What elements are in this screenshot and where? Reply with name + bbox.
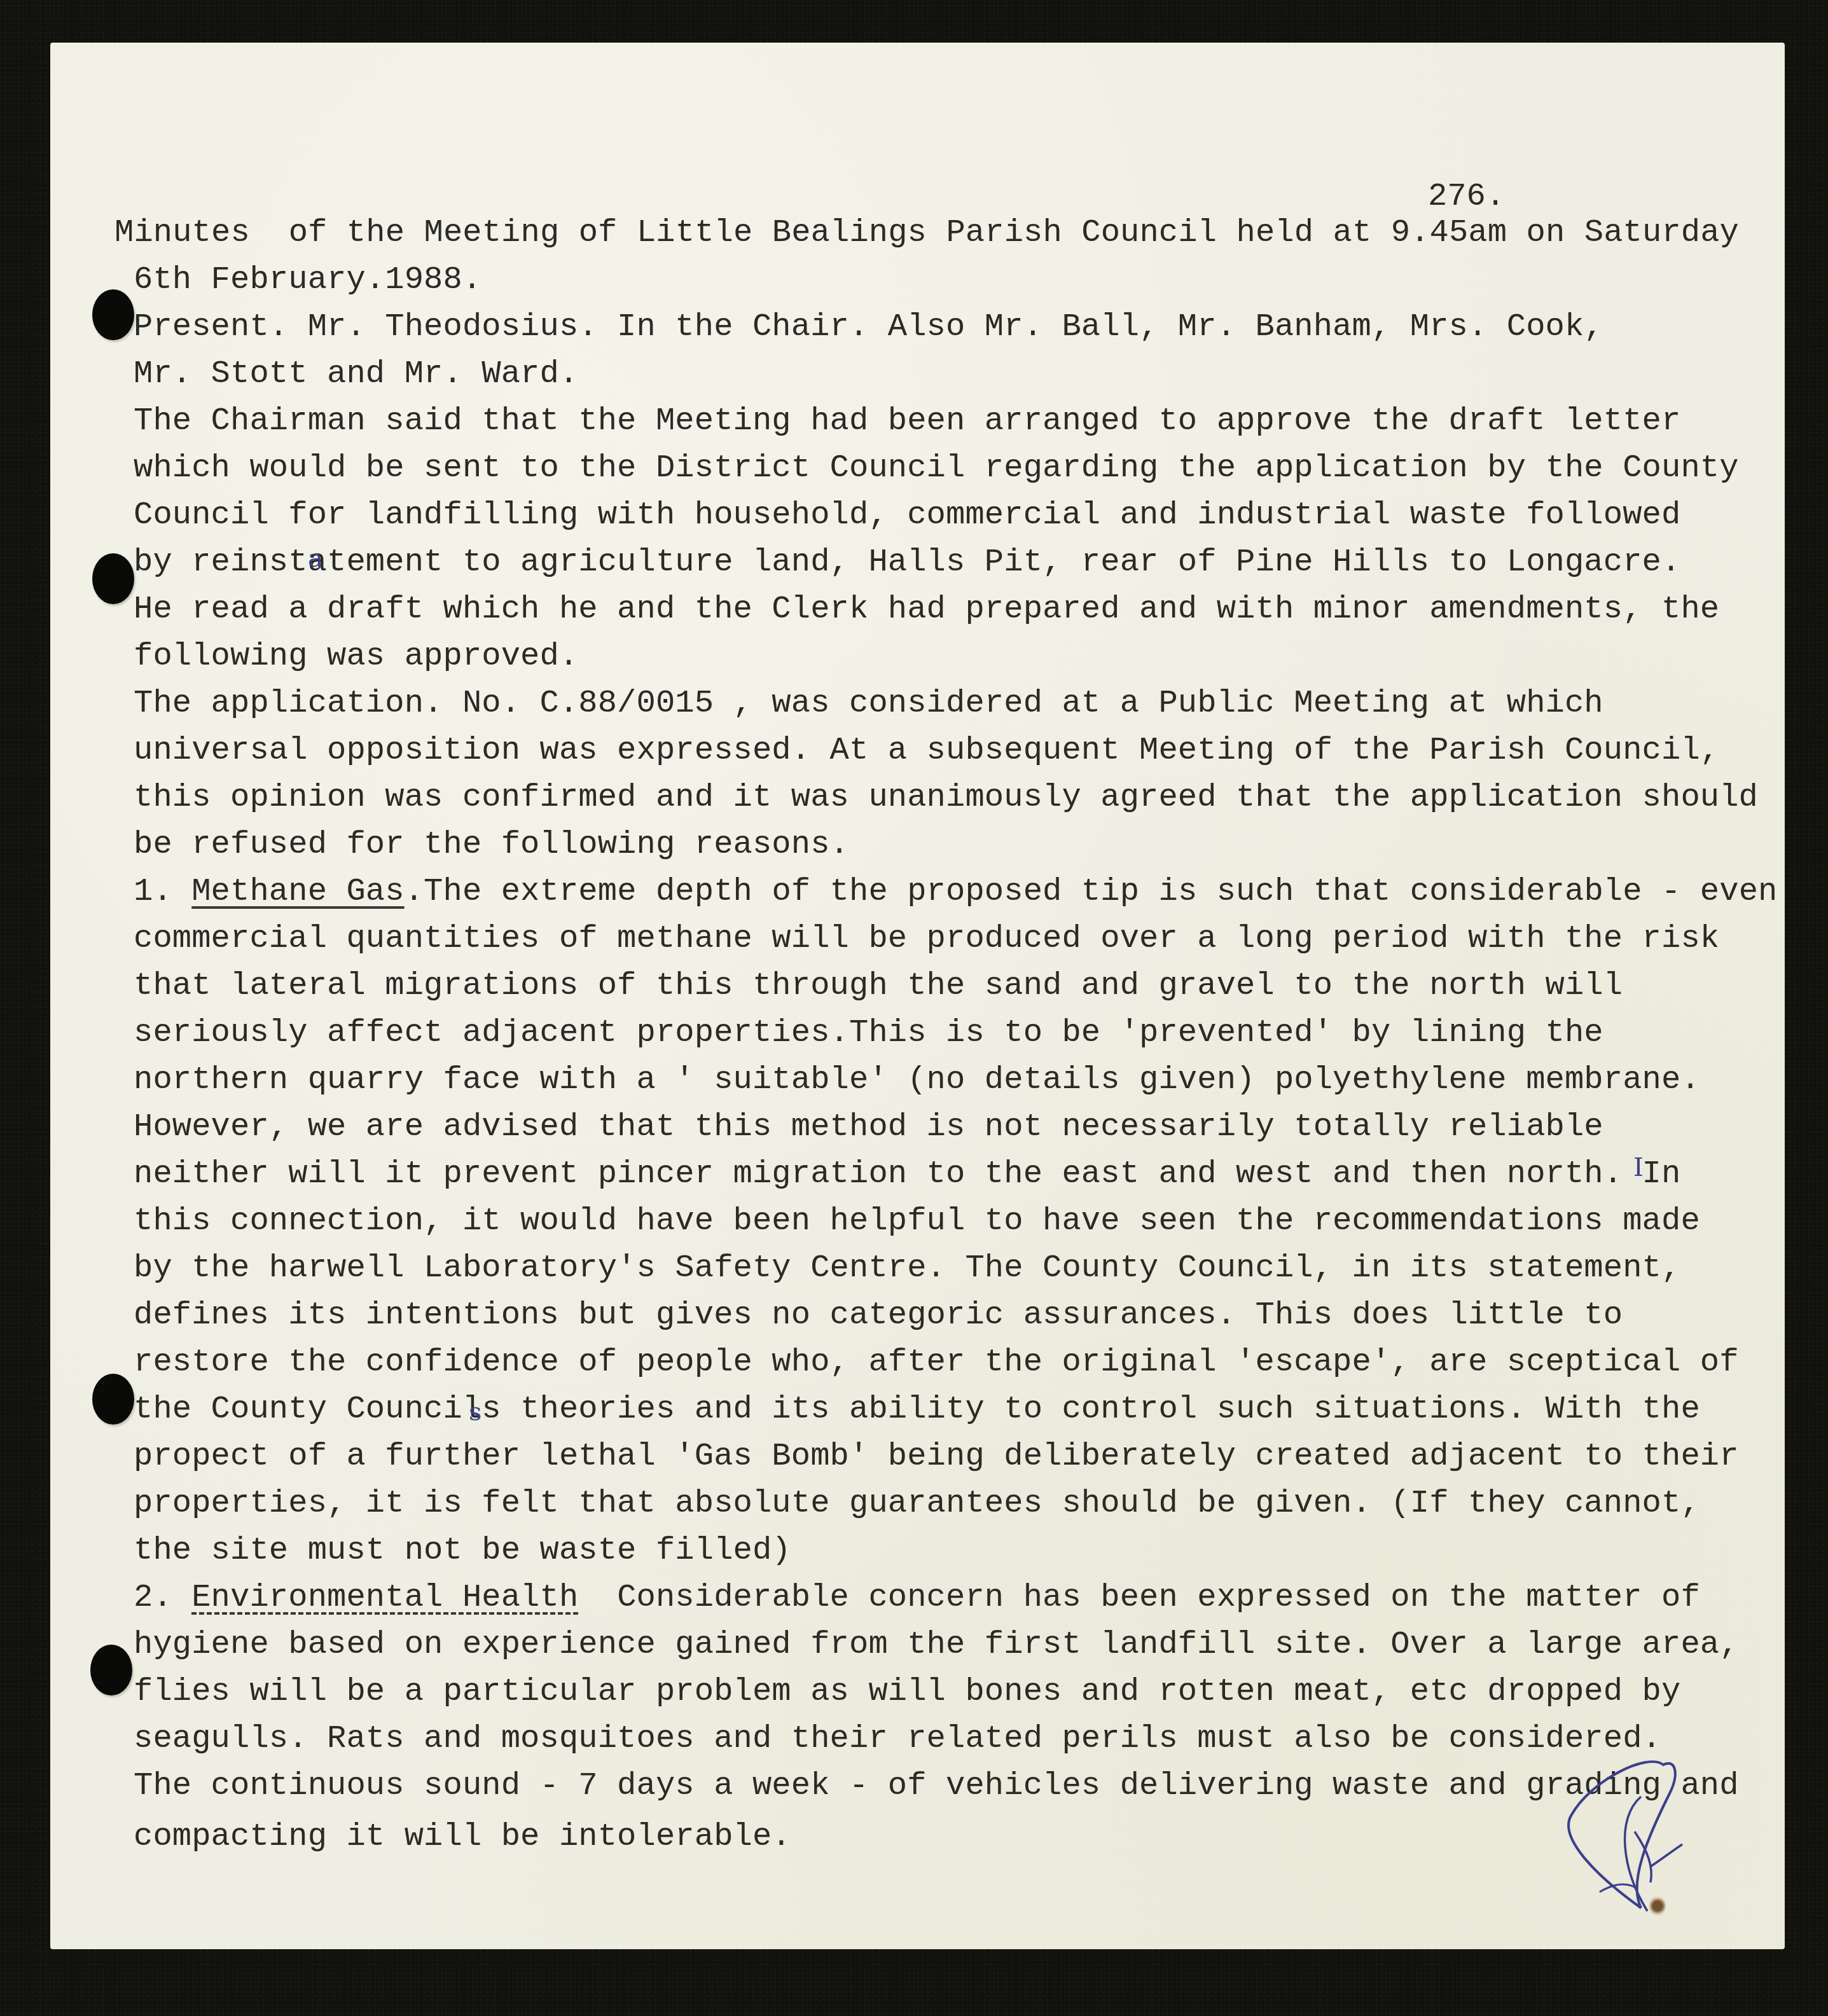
- text-line: universal opposition was expressed. At a…: [134, 728, 1719, 775]
- text-line: properties, it is felt that absolute gua…: [134, 1481, 1700, 1528]
- text-line: that lateral migrations of this through …: [134, 963, 1623, 1010]
- text-line: defines its intentions but gives no cate…: [134, 1292, 1623, 1339]
- text-line: restore the confidence of people who, af…: [134, 1339, 1739, 1386]
- text-line: Minutes of the Meeting of Little Bealing…: [114, 210, 1739, 257]
- handwritten-correction: I: [1633, 1155, 1644, 1180]
- text-line: which would be sent to the District Coun…: [134, 445, 1739, 492]
- punch-hole: [92, 553, 134, 604]
- punch-hole: [92, 1374, 134, 1425]
- section-heading-line: 1. Methane Gas.The extreme depth of the …: [134, 869, 1777, 916]
- text-line: seriously affect adjacent properties.Thi…: [134, 1010, 1603, 1057]
- section-heading: Methane Gas: [191, 874, 404, 910]
- text-line: this connection, it would have been help…: [134, 1198, 1700, 1245]
- text-line: Present. Mr. Theodosius. In the Chair. A…: [134, 304, 1603, 351]
- text-line: The application. No. C.88/0015 , was con…: [134, 680, 1603, 728]
- text-line: However, we are advised that this method…: [134, 1104, 1603, 1151]
- punch-hole: [92, 289, 134, 340]
- section-number: 1.: [134, 874, 191, 910]
- text-line: propect of a further lethal 'Gas Bomb' b…: [134, 1433, 1739, 1481]
- text-line: this opinion was confirmed and it was un…: [134, 775, 1758, 822]
- section-heading: Environmental Health: [191, 1580, 578, 1616]
- text-line: the County Councils theories and its abi…: [134, 1386, 1700, 1433]
- handwritten-correction: a: [308, 546, 323, 571]
- text-line: northern quarry face with a ' suitable' …: [134, 1057, 1700, 1104]
- section-number: 2.: [134, 1580, 191, 1616]
- text-line: 6th February.1988.: [134, 257, 481, 304]
- section-heading-line: 2. Environmental Health Considerable con…: [134, 1575, 1700, 1622]
- text-line: by reinstatement to agriculture land, Ha…: [134, 539, 1680, 586]
- text-line: be refused for the following reasons.: [134, 822, 849, 869]
- text-line: The Chairman said that the Meeting had b…: [134, 398, 1680, 445]
- text-line: The continuous sound - 7 days a week - o…: [134, 1763, 1739, 1810]
- text-line: commercial quantities of methane will be…: [134, 916, 1719, 963]
- text-line: compacting it will be intolerable.: [134, 1814, 791, 1861]
- handwritten-correction: s: [469, 1399, 482, 1425]
- text-line: neither will it prevent pincer migration…: [134, 1151, 1680, 1198]
- punch-hole: [90, 1645, 132, 1695]
- text-line: following was approved.: [134, 633, 578, 680]
- text-line: hygiene based on experience gained from …: [134, 1622, 1739, 1669]
- text-line: flies will be a particular problem as wi…: [134, 1669, 1680, 1716]
- signature-initials: [1552, 1755, 1692, 1921]
- text-line: by the harwell Laboratory's Safety Centr…: [134, 1245, 1680, 1292]
- text-line: seagulls. Rats and mosquitoes and their …: [134, 1716, 1661, 1763]
- text-line: the site must not be waste filled): [134, 1528, 791, 1575]
- section-text: .The extreme depth of the proposed tip i…: [405, 874, 1778, 910]
- text-line: Mr. Stott and Mr. Ward.: [134, 351, 578, 398]
- text-line: He read a draft which he and the Clerk h…: [134, 586, 1719, 633]
- section-text: Considerable concern has been expressed …: [578, 1580, 1700, 1616]
- ink-stain: [1649, 1895, 1666, 1917]
- text-line: Council for landfilling with household, …: [134, 492, 1680, 539]
